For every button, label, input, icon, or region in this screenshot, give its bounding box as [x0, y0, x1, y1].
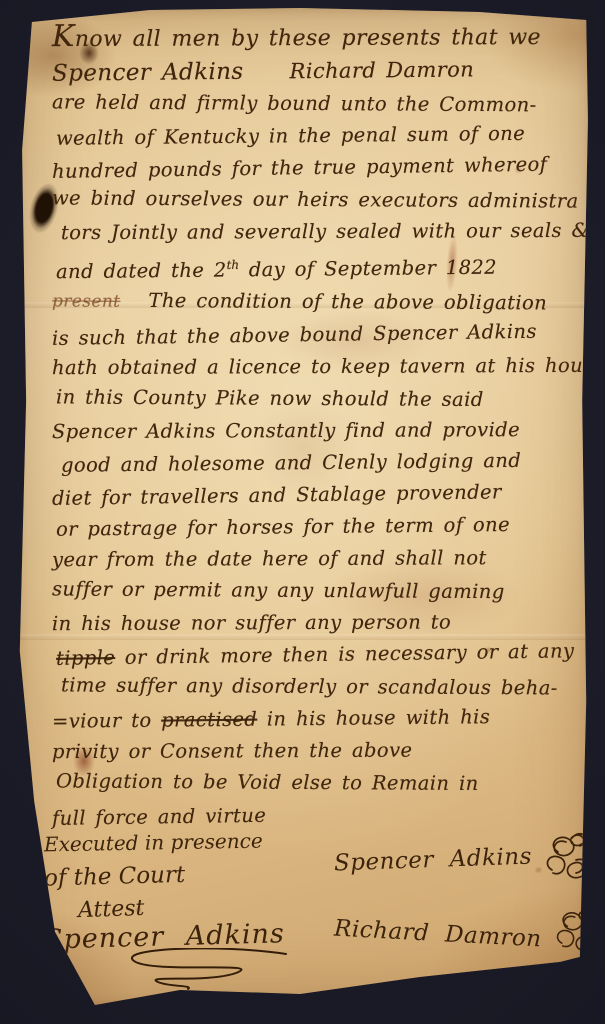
- manuscript-line: are held and firmly bound unto the Commo…: [52, 86, 582, 121]
- line-text: =viour to: [52, 708, 161, 732]
- manuscript-line: is such that the above bound Spencer Adk…: [52, 315, 582, 355]
- seal-flourish-icon: [544, 906, 600, 962]
- manuscript-line: tors Jointly and severally sealed with o…: [61, 215, 582, 249]
- manuscript-line: in his house nor suffer any person to: [52, 605, 582, 639]
- names-line: Spencer AdkinsRichard Damron: [52, 52, 582, 91]
- closing-block: Executed in presence of the Court Attest…: [44, 830, 592, 1022]
- line-text: in his house with his: [257, 705, 490, 730]
- attestation-block: Executed in presence of the Court Attest…: [44, 830, 318, 1022]
- manuscript-line: or pastrage for horses for the term of o…: [56, 508, 582, 546]
- photo-background: Know all men by these presents that we S…: [0, 0, 605, 1024]
- attestation-line-2: of the Court: [44, 858, 319, 891]
- struck-word: practised: [161, 707, 257, 731]
- date-text: and dated the 2: [56, 258, 227, 283]
- manuscript-text: Know all men by these presents that we S…: [52, 20, 582, 831]
- date-superscript: th: [226, 258, 239, 272]
- manuscript-line: privity or Consent then the above: [52, 733, 582, 767]
- manuscript-line: Spencer Adkins Constantly find and provi…: [52, 413, 582, 447]
- condition-intro: The condition of the above obligation: [148, 288, 547, 313]
- struck-word: tipple: [56, 646, 116, 670]
- manuscript-line: suffer or permit any any unlawfull gamin…: [52, 573, 582, 608]
- condition-intro-line: presentThe condition of the above obliga…: [52, 284, 582, 320]
- manuscript-line: time suffer any disorderly or scandalous…: [61, 669, 582, 704]
- attestation-line-1: Executed in presence: [44, 828, 318, 857]
- seal-flourish-icon: [534, 830, 592, 890]
- manuscript-line: =viour to practised in his house with hi…: [52, 700, 582, 738]
- manuscript-line: Obligation to be Void else to Remain in: [56, 765, 582, 800]
- manuscript-line: in this County Pike now should the said: [56, 381, 582, 416]
- manuscript-line: Know all men by these presents that we: [52, 19, 582, 56]
- surety-name: Richard Damron: [289, 57, 474, 83]
- manuscript-line: tipple or drink more then is necessary o…: [56, 635, 582, 675]
- manuscript-line: year from the date here of and shall not: [52, 541, 582, 575]
- line-text: or drink more then is necessary or at an…: [115, 639, 574, 669]
- seal-flourish-icon: [538, 964, 594, 1022]
- date-line: and dated the 2th day of September 1822: [56, 245, 582, 288]
- principal-name: Spencer Adkins: [52, 59, 244, 87]
- signature-name: Reta Vre: [421, 978, 536, 1008]
- signature-flourish-icon: [90, 948, 318, 994]
- manuscript-line: we bind ourselves our heirs executors ad…: [52, 182, 582, 217]
- manuscript-paper: Know all men by these presents that we S…: [14, 6, 592, 1008]
- faded-word: present: [52, 291, 121, 311]
- signatures-block: Spencer Adkins Richard Damron: [318, 830, 592, 1022]
- manuscript-line: hath obtained a licence to keep tavern a…: [52, 349, 582, 383]
- signature-name: Spencer Adkins: [334, 844, 533, 877]
- signature-name: Richard Damron: [334, 916, 543, 953]
- signature-row: Spencer Adkins: [334, 830, 592, 890]
- date-text: day of September 1822: [239, 256, 497, 282]
- signature-row: Reta Vre: [422, 964, 594, 1022]
- signature-row: Richard Damron: [334, 906, 600, 962]
